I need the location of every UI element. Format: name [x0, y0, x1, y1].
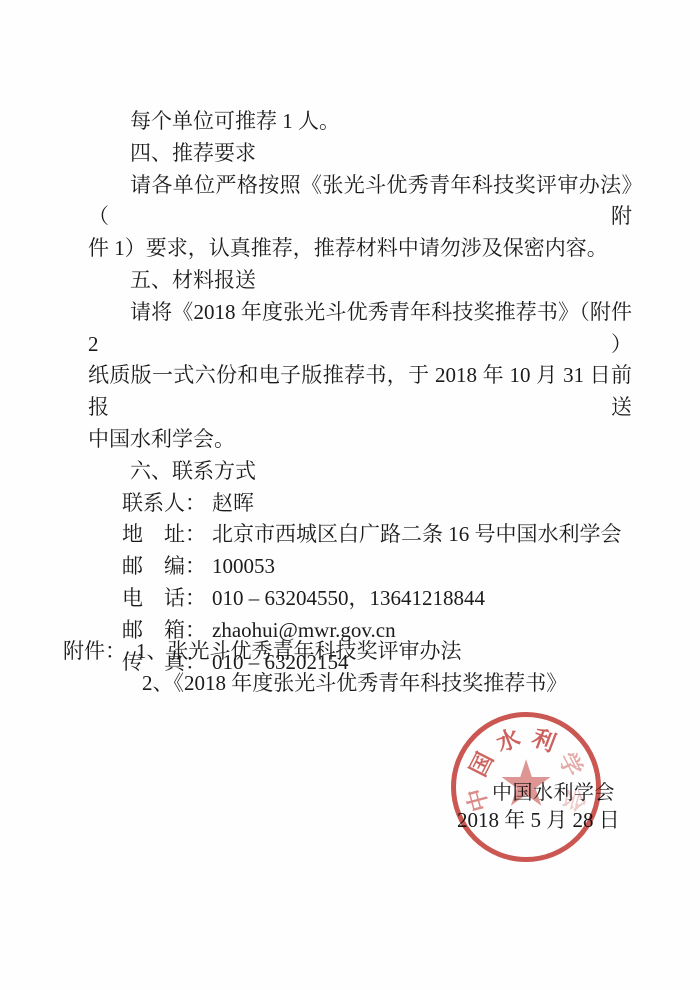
body-line: 每个单位可推荐 1 人。: [88, 106, 632, 138]
contact-label: 联系人：: [122, 491, 206, 515]
signature-org: 中国水利学会: [492, 776, 615, 805]
body-line: 请将《2018 年度张光斗优秀青年科技奖推荐书》（附件 2）: [88, 297, 632, 361]
contact-value: 北京市西城区白广路二条 16 号中国水利学会: [212, 522, 622, 546]
body-line: 请各单位严格按照《张光斗优秀青年科技奖评审办法》（附: [88, 170, 632, 234]
contact-line-address: 地 址：北京市西城区白广路二条 16 号中国水利学会: [88, 519, 632, 551]
document-page: 每个单位可推荐 1 人。 四、推荐要求 请各单位严格按照《张光斗优秀青年科技奖评…: [0, 0, 700, 990]
attachment-line-1: 附件：1、张光斗优秀青年科技奖评审办法: [63, 636, 623, 668]
contact-value: 100053: [212, 554, 275, 578]
attachment-item: 2、《2018 年度张光斗优秀青年科技奖推荐书》: [142, 671, 567, 695]
section-heading-4: 四、推荐要求: [88, 138, 632, 170]
body-line: 件 1）要求，认真推荐，推荐材料中请勿涉及保密内容。: [88, 233, 632, 265]
body-line: 中国水利学会。: [88, 424, 632, 456]
attachment-line-2: 2、《2018 年度张光斗优秀青年科技奖推荐书》: [63, 668, 623, 700]
section-heading-5: 五、材料报送: [88, 265, 632, 297]
seal-ring-char: 利: [528, 722, 562, 756]
contact-line-phone: 电 话：010 – 63204550，13641218844: [88, 583, 632, 615]
contact-label: 地 址：: [122, 522, 206, 546]
contact-value: 010 – 63204550，13641218844: [212, 586, 485, 610]
notice-body: 每个单位可推荐 1 人。 四、推荐要求 请各单位严格按照《张光斗优秀青年科技奖评…: [88, 106, 632, 678]
contact-line-postcode: 邮 编：100053: [88, 551, 632, 583]
attachments-section: 附件：1、张光斗优秀青年科技奖评审办法 2、《2018 年度张光斗优秀青年科技奖…: [63, 636, 623, 700]
body-line: 纸质版一式六份和电子版推荐书，于 2018 年 10 月 31 日前报送: [88, 360, 632, 424]
section-heading-6: 六、联系方式: [88, 456, 632, 488]
attachment-item: 1、张光斗优秀青年科技奖评审办法: [136, 639, 462, 663]
attachments-label: 附件：: [63, 639, 126, 663]
seal-ring-char: 水: [491, 722, 525, 756]
signature-date: 2018 年 5 月 28 日: [457, 804, 620, 834]
contact-label: 邮 编：: [122, 554, 206, 578]
contact-value: 赵晖: [212, 491, 254, 515]
contact-label: 电 话：: [122, 586, 206, 610]
contact-line-name: 联系人：赵晖: [88, 488, 632, 520]
